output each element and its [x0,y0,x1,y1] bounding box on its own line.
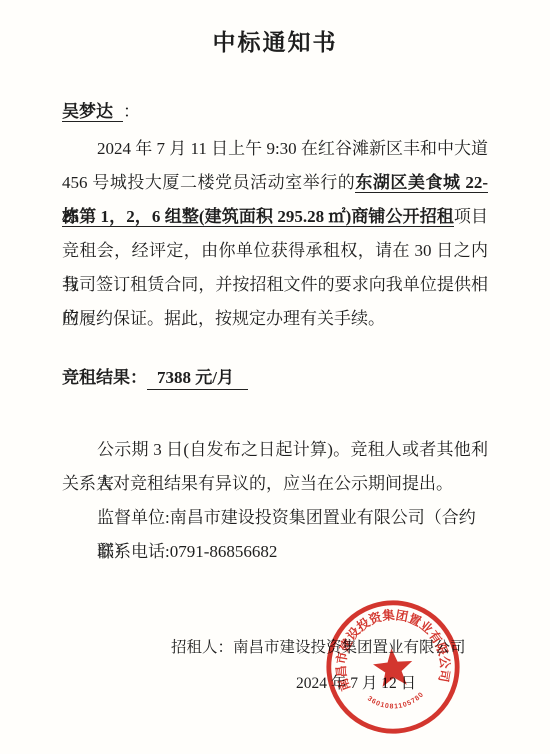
bid-result-value: 7388 元/月 [147,368,248,390]
addressee-line: 吴梦达： [62,95,488,129]
paragraph-line: 我司签订租赁合同，并按招租文件的要求向我单位提供相应 [62,268,488,302]
line-text: 项目 [454,207,488,226]
contact-phone-line: 联系电话:0791-86856682 [62,535,488,569]
company-seal-stamp: 南昌市建设投资集团置业有限公司 3601081105780 [318,592,468,742]
document-page: 中标通知书 吴梦达： 2024 年 7 月 11 日上午 9:30 在红谷滩新区… [0,0,550,754]
paragraph-line: 公示期 3 日(自发布之日起计算)。竞租人或者其他利害 [62,433,488,467]
seal-serial-text: 3601081105780 [365,691,426,713]
document-title: 中标通知书 [0,24,550,57]
supervisor-line: 监督单位:南昌市建设投资集团置业有限公司（合约部） [62,501,488,535]
paragraph-line: 的履约保证。据此，按规定办理有关手续。 [62,302,488,336]
body-paragraph-1: 2024 年 7 月 11 日上午 9:30 在红谷滩新区丰和中大道 456 号… [62,132,488,336]
paragraph-line: 竞租会，经评定，由你单位获得承租权，请在 30 日之内与 [62,234,488,268]
bid-result-line: 竞租结果：7388 元/月 [62,361,488,395]
bid-result-label: 竞租结果： [62,368,147,387]
paragraph-line: 关系人对竞租结果有异议的，应当在公示期间提出。 [62,467,488,501]
paragraph-line: 2024 年 7 月 11 日上午 9:30 在红谷滩新区丰和中大道 [62,132,488,166]
paragraph-line: 456 号城投大厦二楼党员活动室举行的东湖区美食城 22-25 [62,166,488,200]
seal-graphic: 南昌市建设投资集团置业有限公司 3601081105780 [318,592,468,742]
seal-serial-text-holder: 3601081105780 [365,691,426,713]
seal-star-icon [372,647,414,688]
line-text: 456 号城投大厦二楼党员活动室举行的 [62,173,355,192]
notice-paragraph: 公示期 3 日(自发布之日起计算)。竞租人或者其他利害 关系人对竞租结果有异议的… [62,433,488,569]
paragraph-line: 栋第 1，2，6 组整(建筑面积 295.28 ㎡)商铺公开招租项目 [62,200,488,234]
addressee-colon: ： [123,102,140,121]
project-name-emphasis: 栋第 1，2，6 组整(建筑面积 295.28 ㎡)商铺公开招租 [62,207,454,227]
addressee-name: 吴梦达 [62,102,123,122]
